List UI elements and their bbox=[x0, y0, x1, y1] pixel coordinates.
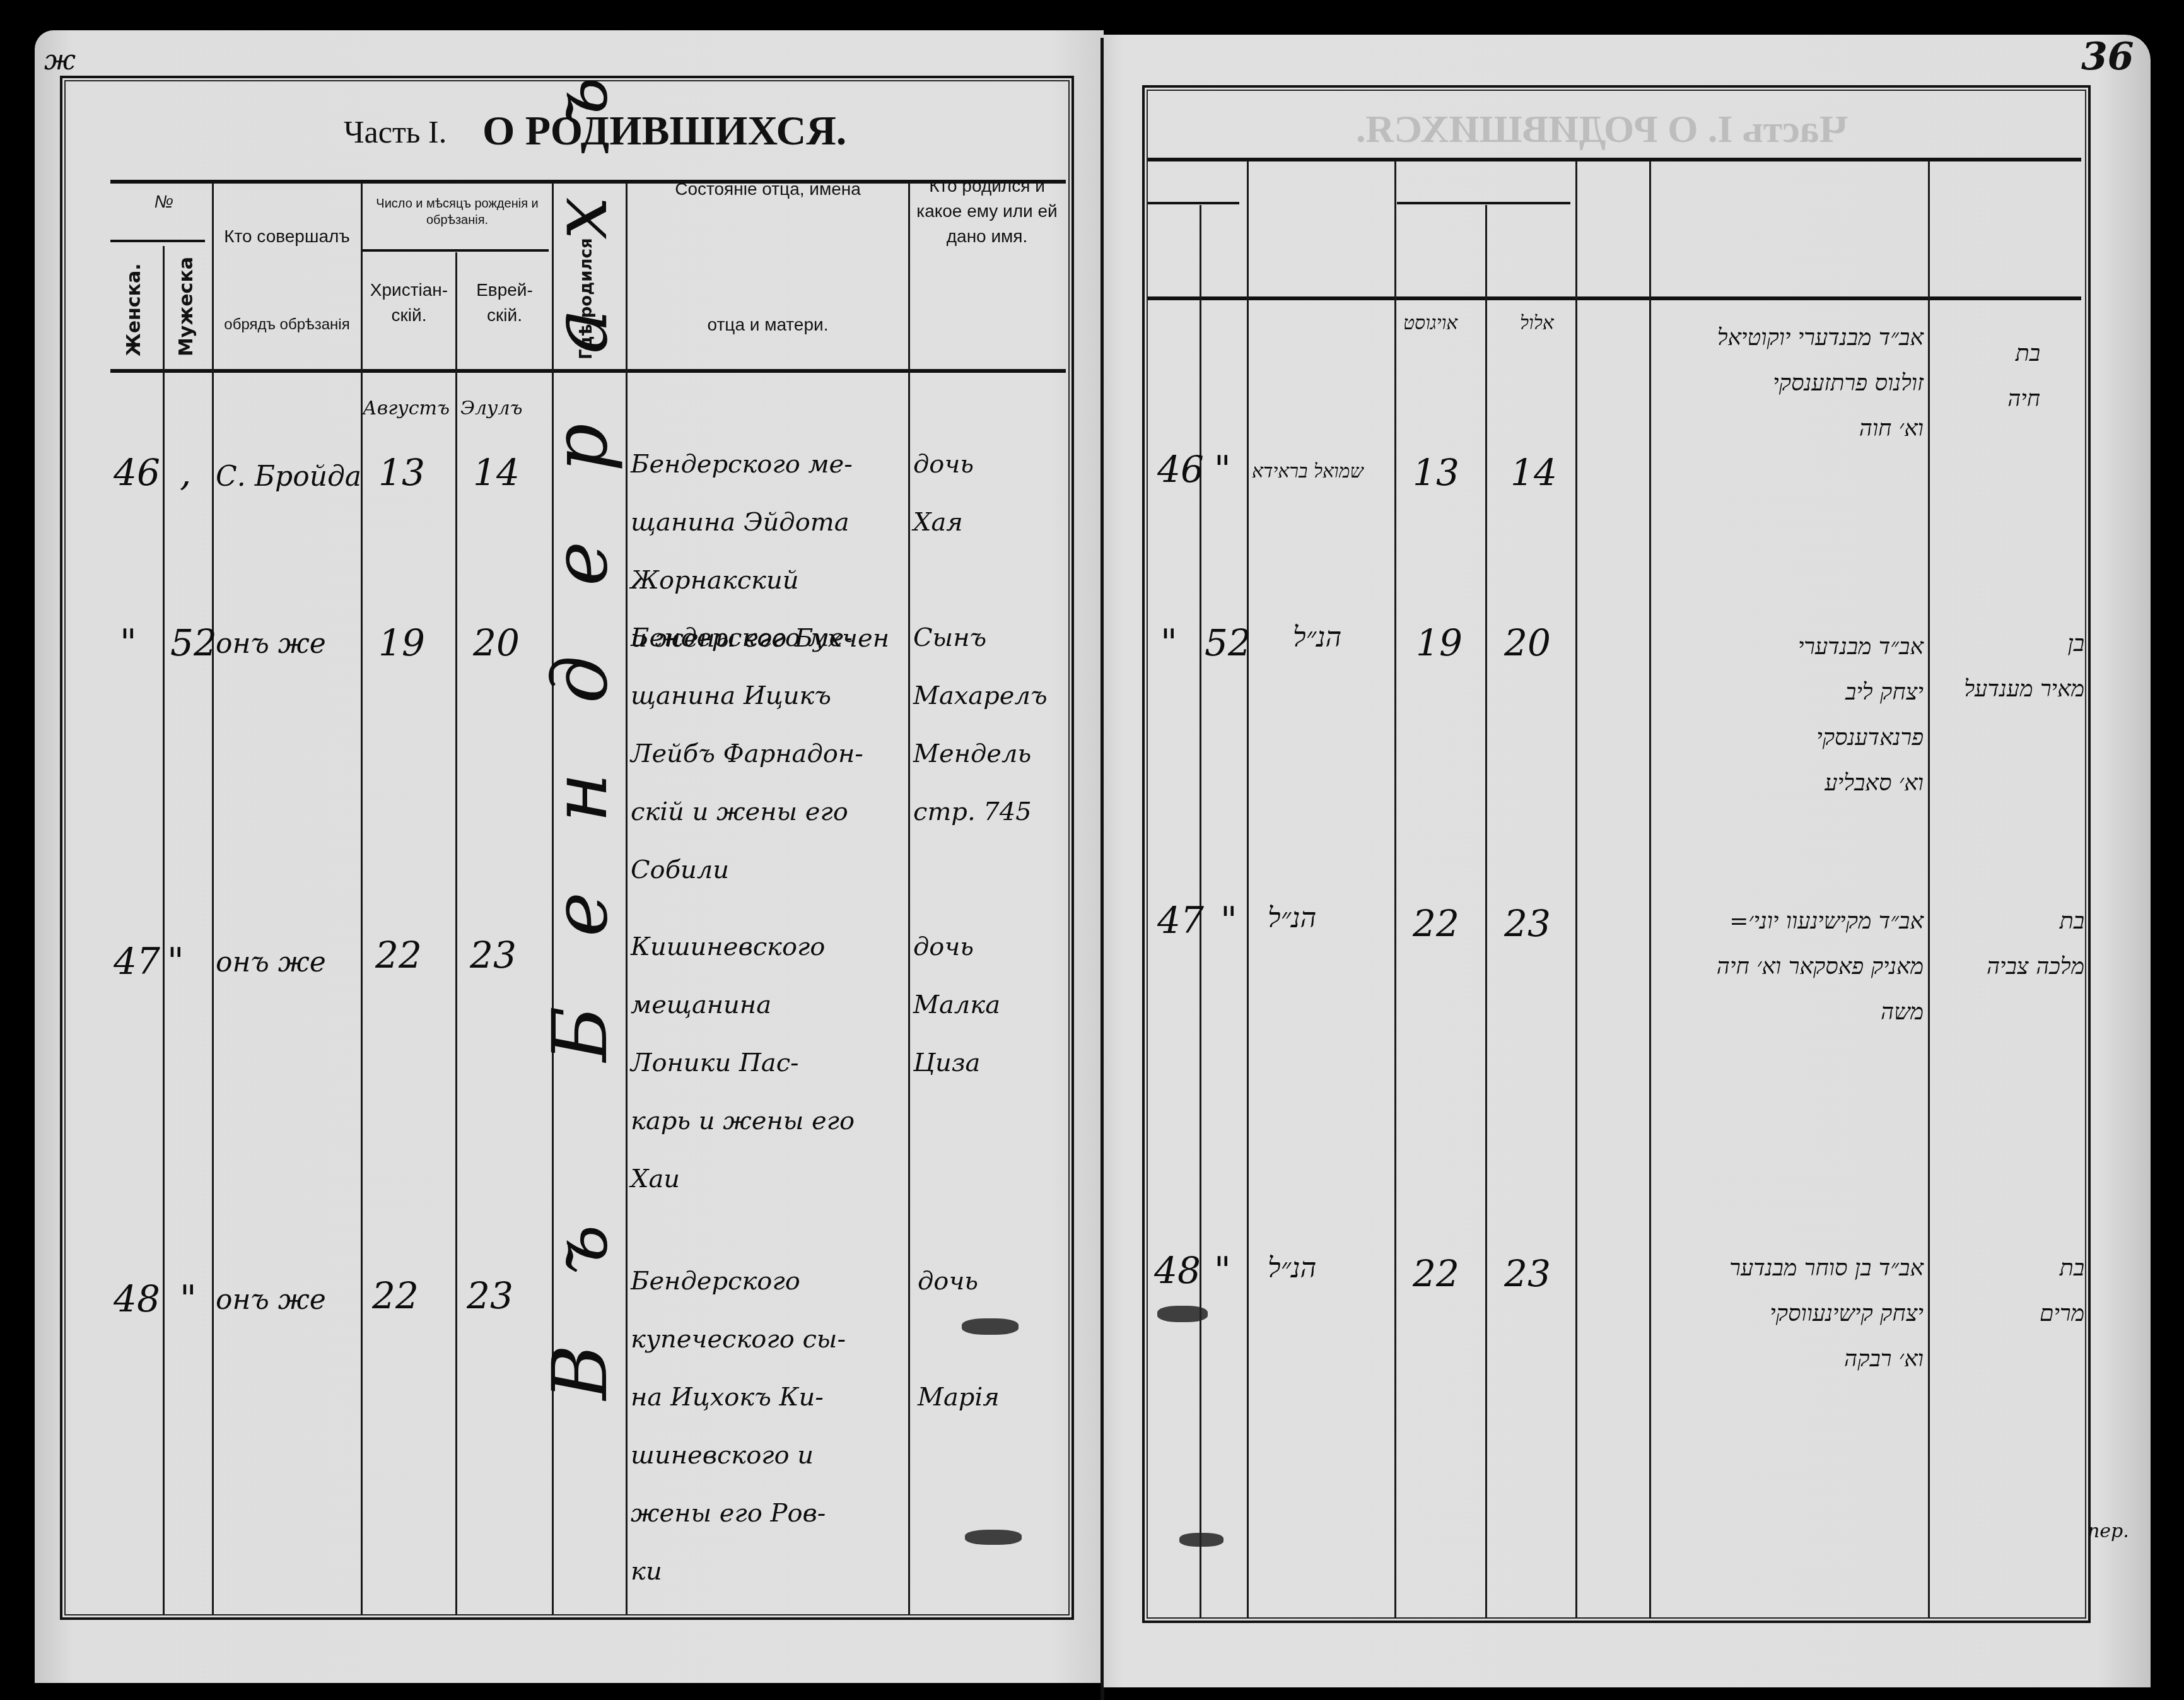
entry-christian-day: 19 bbox=[1416, 621, 1463, 664]
birthplace-vertical: Въ Бендерахъ bbox=[537, 328, 624, 1400]
header-female: Женска. bbox=[123, 249, 145, 356]
ink-blot bbox=[1179, 1533, 1223, 1547]
entry-male-no: " bbox=[1220, 899, 1237, 942]
entry-child: בת חיה bbox=[1933, 331, 2040, 422]
col-divider bbox=[1485, 205, 1487, 1618]
col-divider bbox=[212, 183, 214, 1615]
page-number: 36 bbox=[2081, 35, 2134, 79]
entry-performer: С. Бройда bbox=[216, 460, 361, 493]
header-who-performed-1: Кто совершалъ bbox=[213, 224, 361, 249]
ink-blot bbox=[962, 1318, 1019, 1335]
entry-child: Сынъ Махарелъ Мендель стр. 745 bbox=[913, 609, 1048, 841]
header-parents-1: Состояніе отца, имена bbox=[628, 177, 908, 202]
entry-performer: онъ же bbox=[216, 628, 326, 660]
header-number: № bbox=[145, 189, 183, 214]
header-child-name: Кто родился и какое ему или ей дано имя. bbox=[911, 173, 1063, 249]
col-divider bbox=[163, 246, 165, 1615]
date-sub-rule bbox=[363, 249, 549, 252]
entry-jewish-day: 20 bbox=[1504, 621, 1551, 664]
jewish-month-label: אלול bbox=[1520, 312, 1554, 334]
col-divider bbox=[1649, 161, 1651, 1618]
entry-female-no: " bbox=[1160, 621, 1177, 664]
entry-male-no: " bbox=[180, 1277, 197, 1320]
entry-performer: онъ же bbox=[216, 946, 326, 978]
entry-parents: Бендерского ме- щанина Ицикъ Лейбъ Фарна… bbox=[631, 609, 863, 899]
corner-mark: ж bbox=[44, 44, 76, 76]
header-who-performed-2: обрядъ обрѣзанія bbox=[213, 312, 361, 337]
entry-child: дочь Марія bbox=[918, 1252, 1000, 1426]
col-divider bbox=[908, 183, 910, 1615]
entry-performer: שמואל בראידא bbox=[1252, 460, 1364, 483]
entry-jewish-day: 14 bbox=[1510, 451, 1557, 494]
entry-performer: הנ״ל bbox=[1293, 621, 1341, 654]
entry-female-no: 46 bbox=[1157, 448, 1204, 491]
right-table-frame bbox=[1142, 85, 2091, 1623]
entry-male-no: 52 bbox=[1205, 621, 1251, 664]
entry-child: дочь Хая bbox=[913, 435, 974, 551]
entry-performer: онъ же bbox=[216, 1284, 326, 1316]
entry-child: בן מאיר מענדעל bbox=[1933, 621, 2084, 712]
entry-jewish-day: 14 bbox=[473, 451, 520, 494]
entry-male-no: " bbox=[1214, 1249, 1231, 1292]
entry-child: בת מרים bbox=[1933, 1246, 2084, 1337]
header-male: Мужеска bbox=[175, 249, 197, 356]
entry-christian-day: 19 bbox=[378, 621, 425, 664]
header-parents-2: отца и матери. bbox=[628, 312, 908, 337]
entry-performer: הנ״ל bbox=[1268, 1252, 1316, 1284]
col-divider bbox=[1394, 161, 1396, 1618]
col-divider bbox=[1928, 161, 1930, 1618]
entry-parents: אב״ד בן סוחר מבנדער יצחק קישינעווסקי וא׳… bbox=[1652, 1246, 1924, 1382]
jewish-month-label: Элулъ bbox=[460, 397, 523, 419]
part-label: Часть I. bbox=[344, 114, 447, 150]
number-sub-rule bbox=[110, 240, 205, 242]
entry-female-no: 48 bbox=[1154, 1249, 1201, 1292]
entry-christian-day: 22 bbox=[375, 934, 422, 976]
entry-jewish-day: 20 bbox=[473, 621, 520, 664]
entry-parents: Бендерского купеческого сы- на Ицхокъ Ки… bbox=[631, 1252, 846, 1600]
christian-month-label: Августъ bbox=[363, 397, 450, 419]
header-date-group: Число и мѣсяцъ рожденія и обрѣзанія. bbox=[366, 196, 549, 228]
entry-christian-day: 13 bbox=[378, 451, 425, 494]
bleed-through-title: Часть I. О РОДИВШИХСЯ. bbox=[1356, 107, 1848, 152]
entry-male-no: , bbox=[180, 451, 191, 494]
col-divider bbox=[455, 252, 457, 1615]
entry-male-no: " bbox=[1214, 448, 1231, 491]
entry-jewish-day: 23 bbox=[1504, 1252, 1551, 1295]
number-sub-rule bbox=[1148, 202, 1239, 204]
entry-parents: אב״ד מבנדערי יוקוטיאל זולנוס פרתזענסקי ו… bbox=[1652, 315, 1924, 452]
entry-jewish-day: 23 bbox=[467, 1274, 513, 1317]
entry-christian-day: 22 bbox=[1413, 1252, 1459, 1295]
entry-christian-day: 13 bbox=[1413, 451, 1459, 494]
entry-parents: Кишиневского мещанина Лоники Пас- карь и… bbox=[631, 918, 855, 1208]
christian-month-label: אויגוסט bbox=[1403, 312, 1457, 334]
entry-child: בת מלכה צביה bbox=[1933, 899, 2084, 990]
entry-parents: אב״ד מבנדערי יצחק ליב פרנאדענסקי וא׳ סאב… bbox=[1652, 624, 1924, 806]
entry-male-no: " bbox=[167, 940, 184, 983]
entry-female-no: 47 bbox=[1157, 899, 1204, 942]
entry-christian-day: 22 bbox=[1413, 902, 1459, 945]
entry-jewish-day: 23 bbox=[1504, 902, 1551, 945]
entry-performer: הנ״ל bbox=[1268, 902, 1316, 934]
header-top-rule bbox=[1148, 158, 2081, 161]
entry-child: дочь Малка Циза bbox=[913, 918, 1000, 1092]
date-sub-rule bbox=[1397, 202, 1570, 204]
entry-male-no: 52 bbox=[170, 621, 217, 664]
entry-female-no: 47 bbox=[114, 940, 160, 983]
entry-jewish-day: 23 bbox=[470, 934, 517, 976]
entry-female-no: " bbox=[120, 621, 137, 664]
ink-blot bbox=[1157, 1306, 1208, 1322]
entry-female-no: 48 bbox=[114, 1277, 160, 1320]
footer-note: пер. bbox=[2088, 1520, 2129, 1542]
entry-female-no: 46 bbox=[114, 451, 160, 494]
header-christian: Христіан- скій. bbox=[363, 278, 455, 328]
ink-blot bbox=[965, 1530, 1022, 1545]
entry-parents: אב״ד מקישינעוו יוני׳= מאניק פאסקאר וא׳ ח… bbox=[1652, 899, 1924, 1035]
entry-christian-day: 22 bbox=[372, 1274, 419, 1317]
col-divider bbox=[1247, 161, 1249, 1618]
col-divider bbox=[1575, 161, 1577, 1618]
header-bottom-rule bbox=[1148, 296, 2081, 300]
col-divider bbox=[626, 183, 628, 1615]
